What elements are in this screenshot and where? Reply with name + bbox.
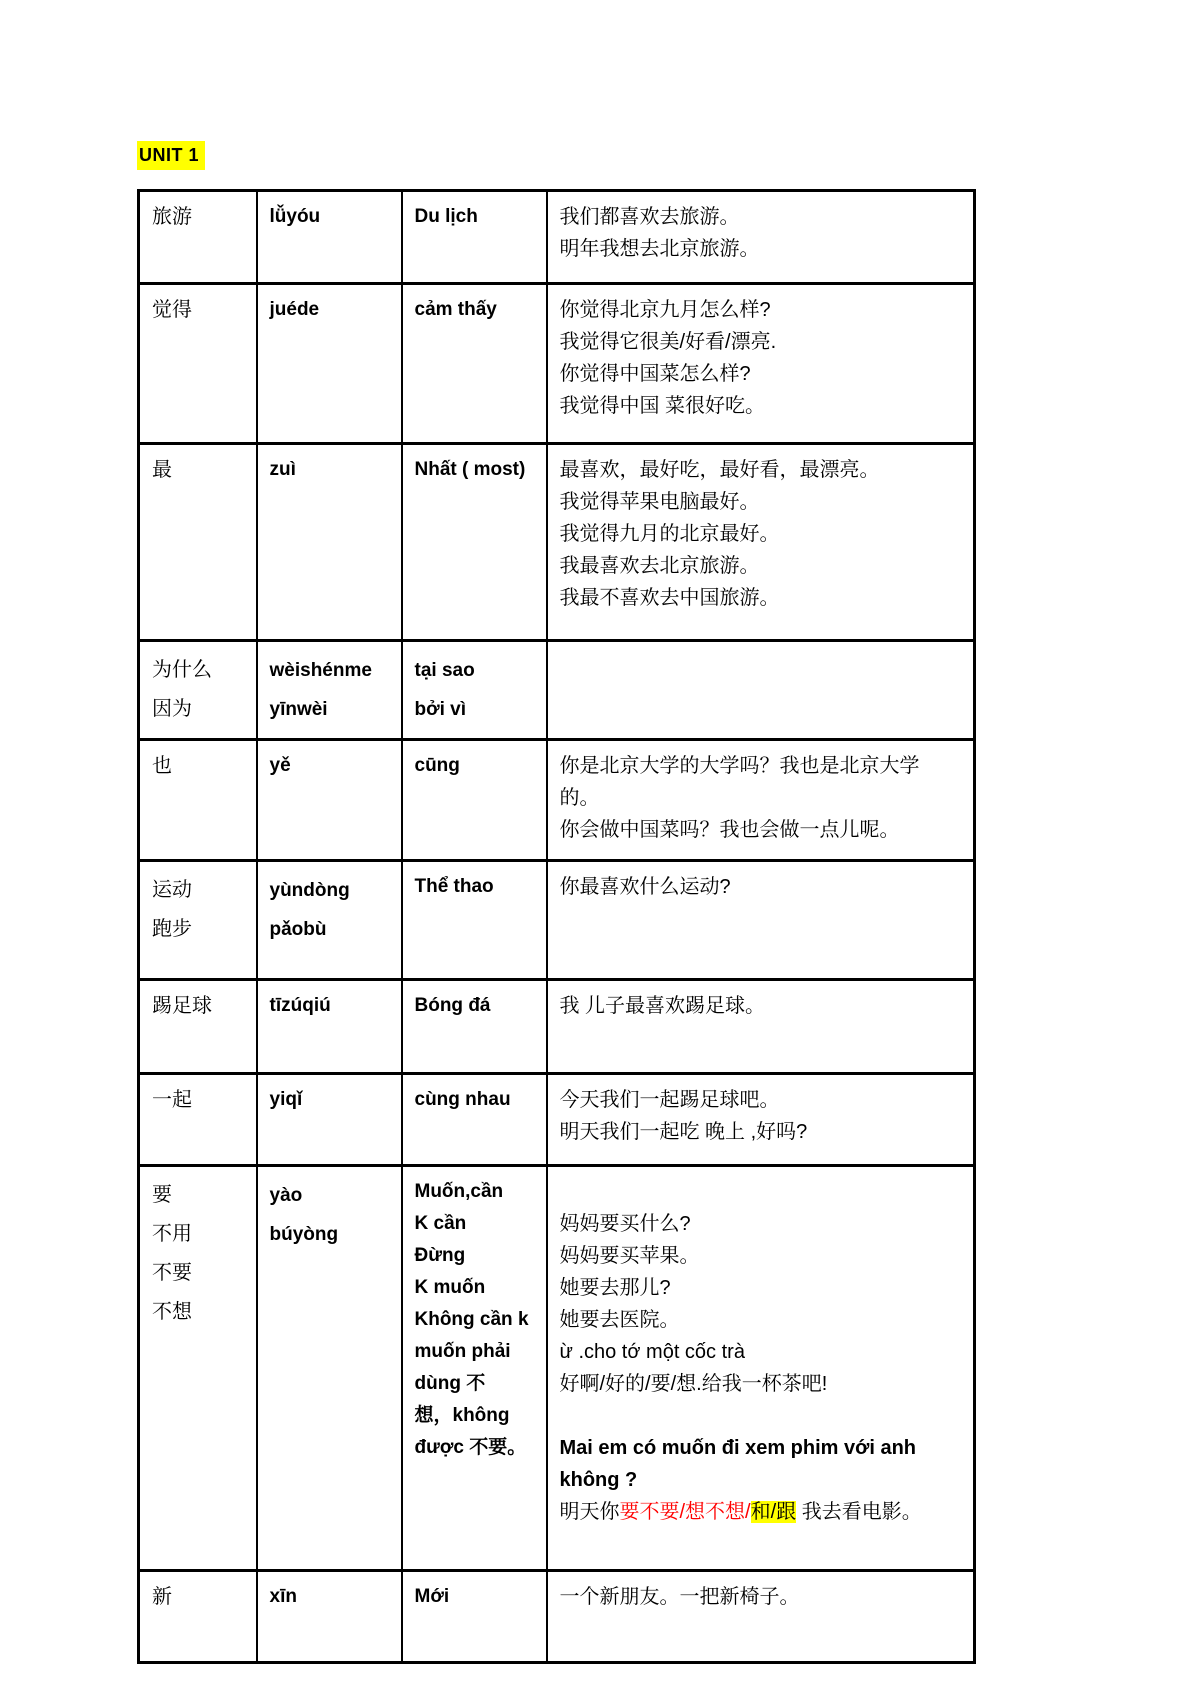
vietnamese-cell: tại sao bởi vì <box>402 641 547 740</box>
examples-cell: 妈妈要买什么? 妈妈要买苹果。 她要去那儿? 她要去医院。 ừ .cho tớ … <box>547 1166 975 1571</box>
hanzi-cell: 要 不用 不要 不想 <box>139 1166 257 1571</box>
vietnamese-cell: cùng nhau <box>402 1074 547 1166</box>
examples-cell: 我 儿子最喜欢踢足球。 <box>547 980 975 1074</box>
pinyin-cell: yiqǐ <box>257 1074 402 1166</box>
vocab-row: 运动 跑步 yùndòng pǎobù Thể thao 你最喜欢什么运动? <box>139 861 975 980</box>
hanzi-cell: 旅游 <box>139 191 257 284</box>
pinyin-cell: yào búyòng <box>257 1166 402 1571</box>
pinyin-cell: yě <box>257 740 402 861</box>
vietnamese-cell: cūng <box>402 740 547 861</box>
pinyin-cell: lǚyóu <box>257 191 402 284</box>
unit-heading: UNIT 1 <box>137 141 1200 170</box>
vietnamese-cell: Bóng đá <box>402 980 547 1074</box>
pinyin-cell: zuì <box>257 444 402 641</box>
examples-rich-lines: Mai em có muốn đi xem phim với anhkhông … <box>560 1432 962 1528</box>
hanzi-cell: 踢足球 <box>139 980 257 1074</box>
examples-cell: 今天我们一起踢足球吧。 明天我们一起吃 晚上 ,好吗? <box>547 1074 975 1166</box>
examples-cell <box>547 641 975 740</box>
vietnamese-cell: Thể thao <box>402 861 547 980</box>
hanzi-cell: 最 <box>139 444 257 641</box>
examples-cell: 最喜欢，最好吃，最好看，最漂亮。 我觉得苹果电脑最好。 我觉得九月的北京最好。 … <box>547 444 975 641</box>
examples-cell: 你觉得北京九月怎么样? 我觉得它很美/好看/漂亮. 你觉得中国菜怎么样? 我觉得… <box>547 284 975 444</box>
vocab-row: 旅游 lǚyóu Du lịch 我们都喜欢去旅游。 明年我想去北京旅游。 <box>139 191 975 284</box>
vietnamese-cell: Nhất ( most) <box>402 444 547 641</box>
vocab-table: 旅游 lǚyóu Du lịch 我们都喜欢去旅游。 明年我想去北京旅游。 觉得… <box>137 189 976 1664</box>
examples-cell: 我们都喜欢去旅游。 明年我想去北京旅游。 <box>547 191 975 284</box>
hanzi-cell: 运动 跑步 <box>139 861 257 980</box>
pinyin-cell: tīzúqiú <box>257 980 402 1074</box>
pinyin-cell: wèishénme yīnwèi <box>257 641 402 740</box>
hanzi-cell: 为什么 因为 <box>139 641 257 740</box>
vocab-row: 最 zuì Nhất ( most) 最喜欢，最好吃，最好看，最漂亮。 我觉得苹… <box>139 444 975 641</box>
vocab-row: 也 yě cūng 你是北京大学的大学吗？我也是北京大学 的。 你会做中国菜吗？… <box>139 740 975 861</box>
hanzi-cell: 也 <box>139 740 257 861</box>
vietnamese-cell: Du lịch <box>402 191 547 284</box>
hanzi-cell: 一起 <box>139 1074 257 1166</box>
hanzi-cell: 新 <box>139 1571 257 1663</box>
vocab-row: 要 不用 不要 不想 yào búyòng Muốn,cần K cần Đừn… <box>139 1166 975 1571</box>
vocab-row: 一起 yiqǐ cùng nhau 今天我们一起踢足球吧。 明天我们一起吃 晚上… <box>139 1074 975 1166</box>
vietnamese-cell: Muốn,cần K cần Đừng K muốn Không cần k m… <box>402 1166 547 1571</box>
vietnamese-cell: cảm thấy <box>402 284 547 444</box>
vietnamese-cell: Mới <box>402 1571 547 1663</box>
vocab-row: 觉得 juéde cảm thấy 你觉得北京九月怎么样? 我觉得它很美/好看/… <box>139 284 975 444</box>
hanzi-cell: 觉得 <box>139 284 257 444</box>
pinyin-cell: yùndòng pǎobù <box>257 861 402 980</box>
pinyin-cell: juéde <box>257 284 402 444</box>
vocab-row: 新 xīn Mới 一个新朋友。一把新椅子。 <box>139 1571 975 1663</box>
unit-title: UNIT 1 <box>137 141 205 170</box>
document-page: UNIT 1 旅游 lǚyóu Du lịch 我们都喜欢去旅游。 明年我想去北… <box>0 0 1200 1664</box>
examples-plain-lines: 妈妈要买什么? 妈妈要买苹果。 她要去那儿? 她要去医院。 ừ .cho tớ … <box>560 1208 962 1400</box>
pinyin-cell: xīn <box>257 1571 402 1663</box>
examples-cell: 你最喜欢什么运动? <box>547 861 975 980</box>
examples-cell: 你是北京大学的大学吗？我也是北京大学 的。 你会做中国菜吗？我也会做一点儿呢。 <box>547 740 975 861</box>
vocab-row: 踢足球 tīzúqiú Bóng đá 我 儿子最喜欢踢足球。 <box>139 980 975 1074</box>
examples-cell: 一个新朋友。一把新椅子。 <box>547 1571 975 1663</box>
vocab-row: 为什么 因为 wèishénme yīnwèi tại sao bởi vì <box>139 641 975 740</box>
